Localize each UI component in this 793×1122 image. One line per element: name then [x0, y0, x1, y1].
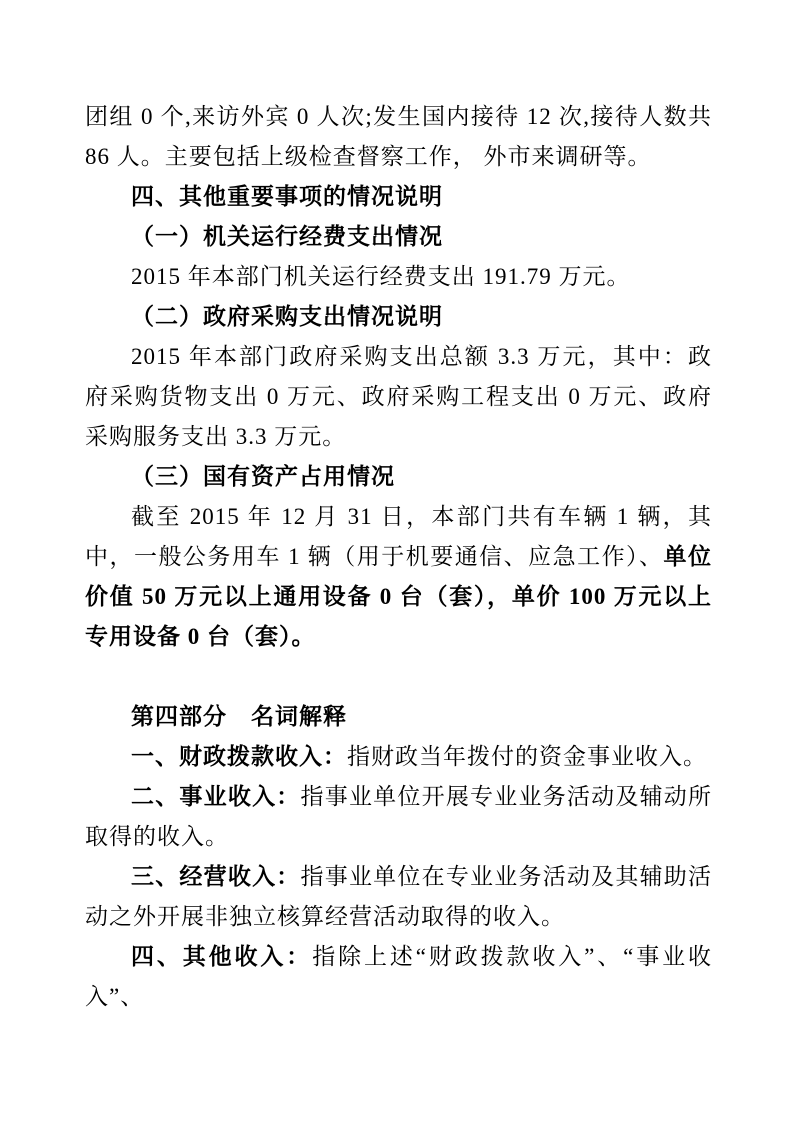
paragraph-reception-continued: 团组 0 个,来访外宾 0 人次;发生国内接待 12 次,接待人数共 86 人。… — [85, 97, 712, 177]
paragraph-agency-operating-expense: 2015 年本部门机关运行经费支出 191.79 万元。 — [85, 257, 712, 297]
glossary-term-other-income: 四、其他收入：指除上述“财政拨款收入”、“事业收入”、 — [85, 937, 712, 1017]
section-spacer — [85, 657, 712, 697]
heading-government-procurement: （二）政府采购支出情况说明 — [85, 297, 712, 337]
glossary-term-label: 二、事业收入： — [131, 784, 301, 809]
paragraph-government-procurement: 2015 年本部门政府采购支出总额 3.3 万元，其中：政府采购货物支出 0 万… — [85, 337, 712, 457]
glossary-term-fiscal-appropriation-income: 一、财政拨款收入：指财政当年拨付的资金事业收入。 — [85, 737, 712, 777]
heading-part-four-glossary: 第四部分 名词解释 — [85, 697, 712, 737]
paragraph-reception-text: 团组 0 个,来访外宾 0 人次;发生国内接待 12 次,接待人数共 86 人。… — [85, 104, 736, 169]
heading-state-assets-occupancy: （三）国有资产占用情况 — [85, 457, 712, 497]
glossary-term-definition: 指财政当年拨付的资金事业收入。 — [347, 744, 707, 769]
glossary-term-label: 四、其他收入： — [131, 944, 312, 969]
glossary-term-business-income: 三、经营收入：指事业单位在专业业务活动及其辅助活动之外开展非独立核算经营活动取得… — [85, 857, 712, 937]
glossary-term-operational-income: 二、事业收入：指事业单位开展专业业务活动及辅动所取得的收入。 — [85, 777, 712, 857]
heading-agency-operating-expense: （一）机关运行经费支出情况 — [85, 217, 712, 257]
glossary-term-label: 一、财政拨款收入： — [131, 744, 347, 769]
state-assets-text-normal: 截至 2015 年 12 月 31 日，本部门共有车辆 1 辆，其中，一般公务用… — [85, 504, 712, 569]
document-page: 团组 0 个,来访外宾 0 人次;发生国内接待 12 次,接待人数共 86 人。… — [0, 0, 793, 1122]
paragraph-state-assets-occupancy: 截至 2015 年 12 月 31 日，本部门共有车辆 1 辆，其中，一般公务用… — [85, 497, 712, 657]
heading-other-important-matters: 四、其他重要事项的情况说明 — [85, 177, 712, 217]
glossary-term-label: 三、经营收入： — [131, 864, 301, 889]
